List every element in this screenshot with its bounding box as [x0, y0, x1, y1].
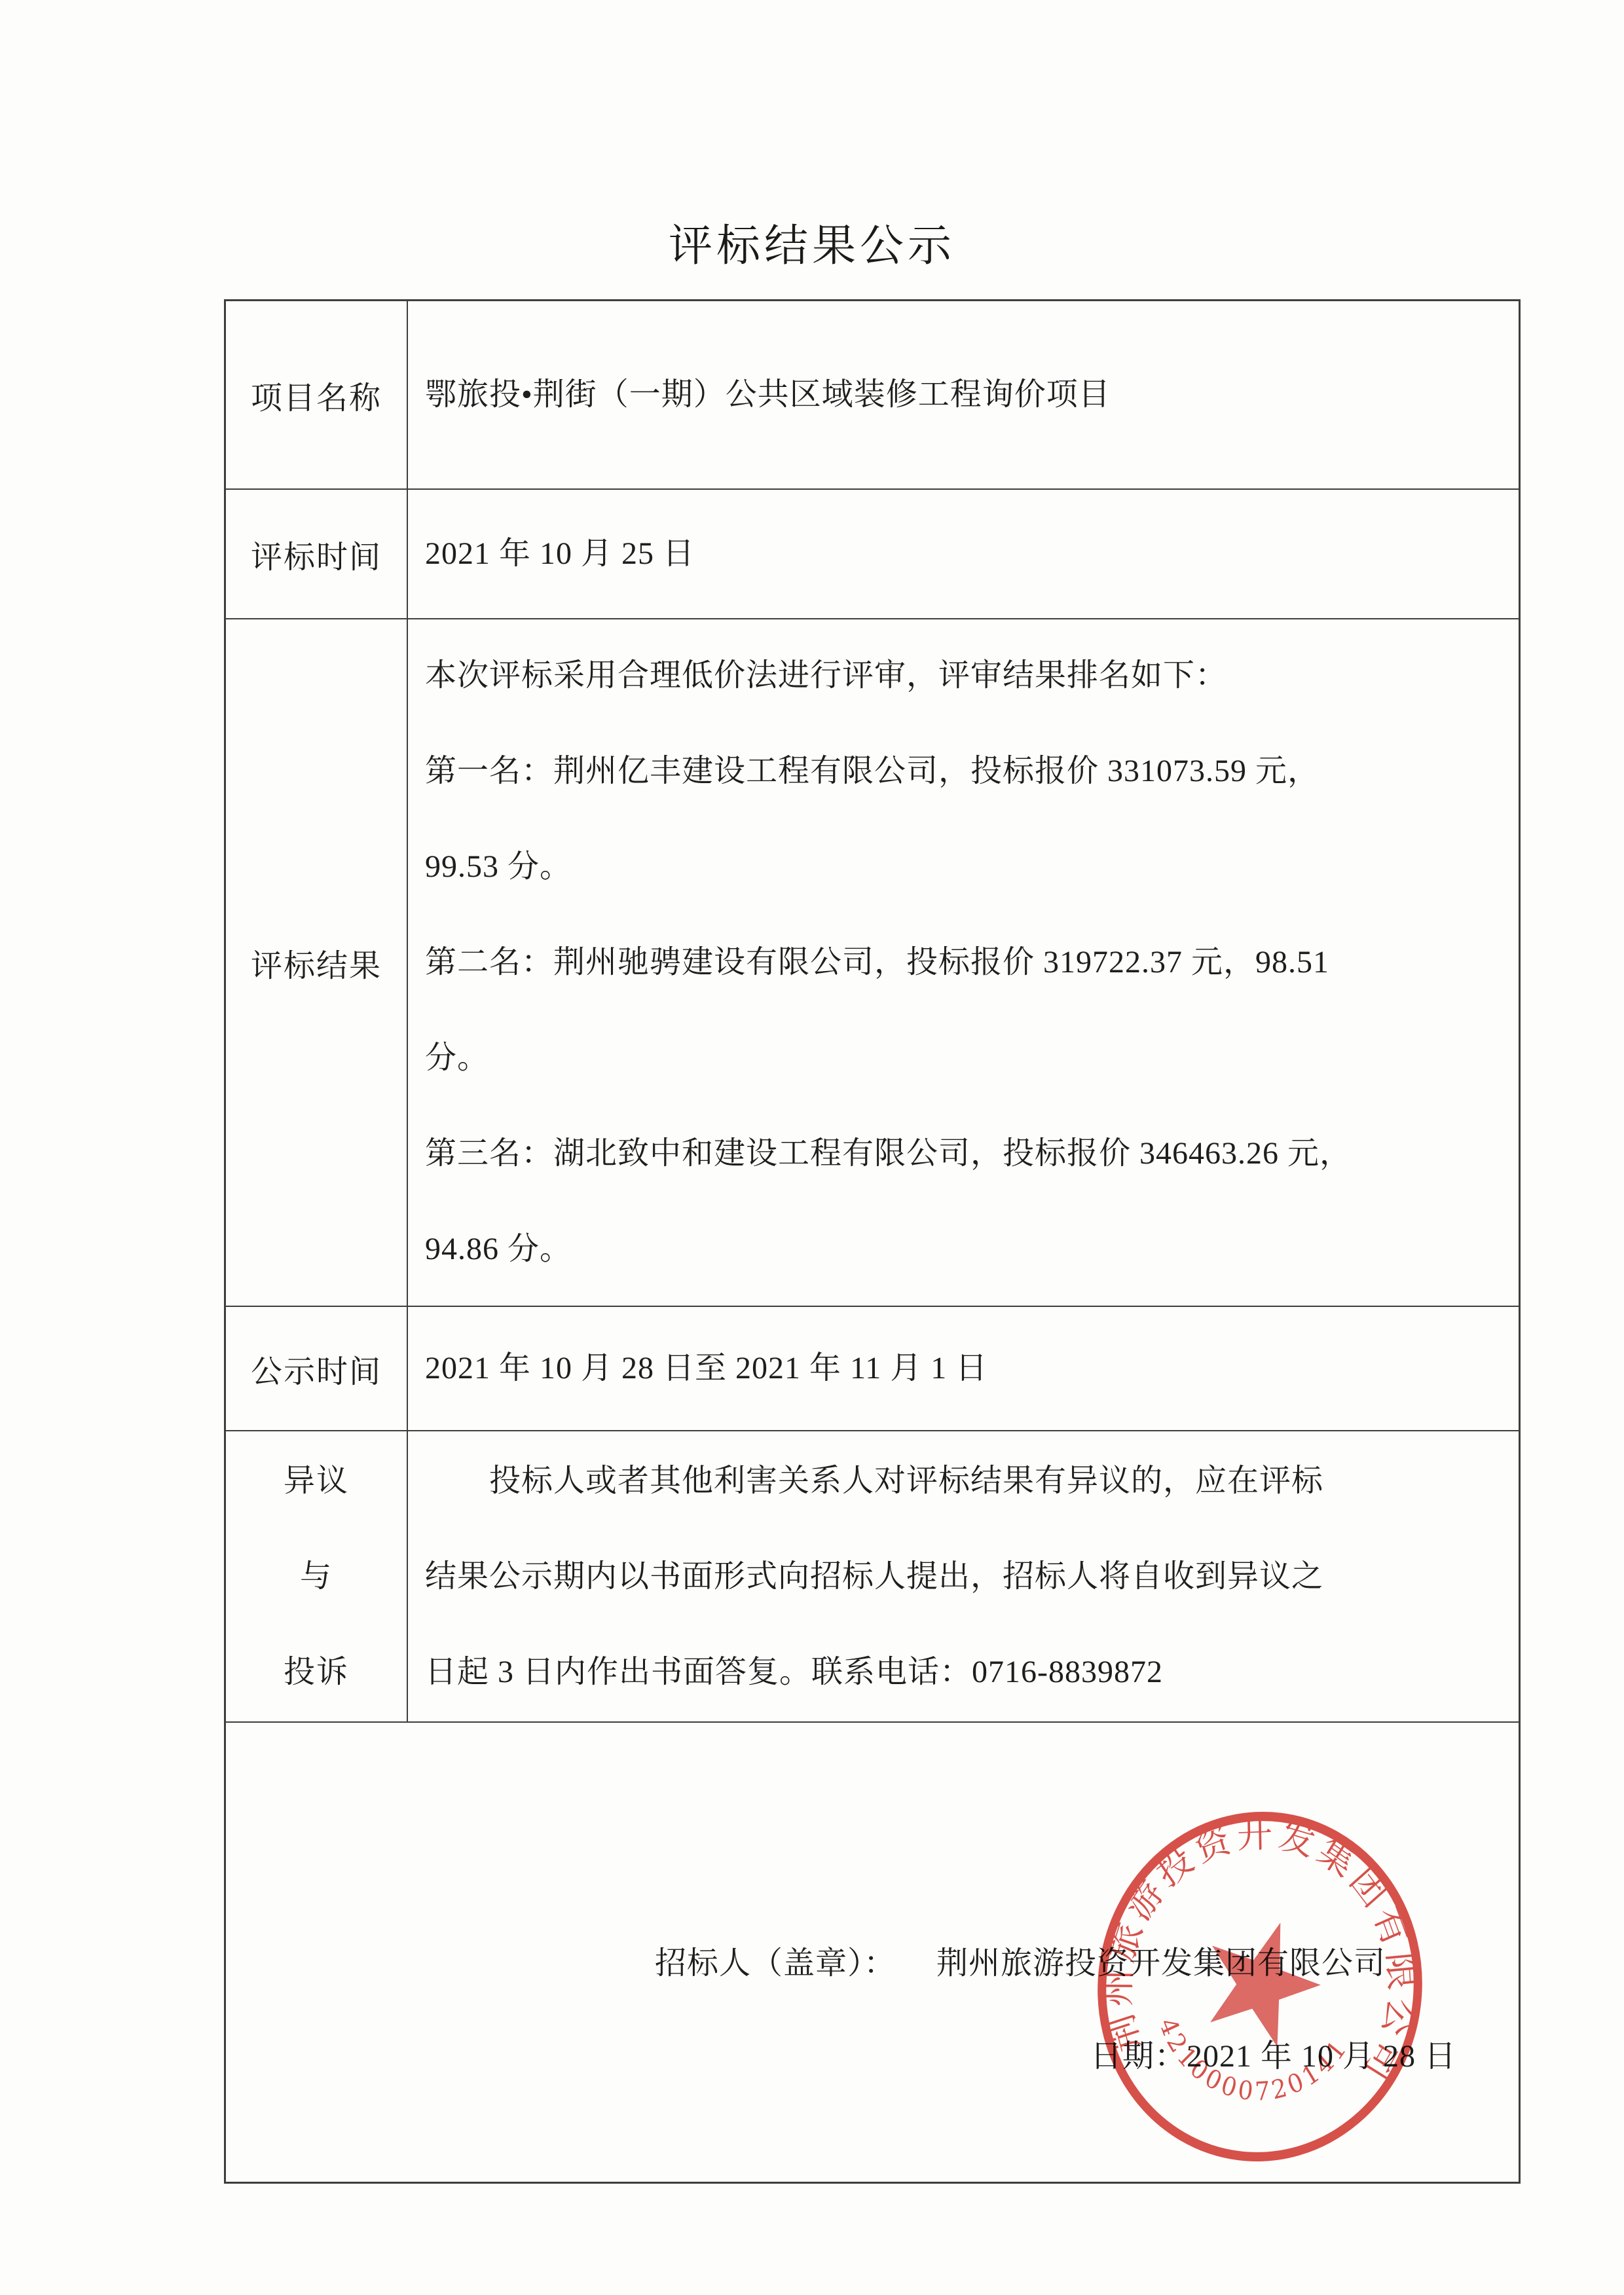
row-label-evaluation-date: 评标时间	[226, 490, 408, 618]
page-title: 评标结果公示	[0, 211, 1624, 274]
tenderer-company-name: 荆州旅游投资开发集团有限公司	[936, 1946, 1386, 1981]
result-line: 第二名：荆州驰骋建设有限公司，投标报价 319722.37 元，98.51	[425, 915, 1500, 1010]
result-line: 99.53 分。	[425, 819, 1500, 915]
result-line: 本次评标采用合理低价法进行评审，评审结果排名如下：	[425, 628, 1500, 724]
result-line: 分。	[425, 1010, 1500, 1106]
table-row-evaluation-result: 评标结果 本次评标采用合理低价法进行评审，评审结果排名如下： 第一名：荆州亿丰建…	[226, 619, 1519, 1307]
result-line: 第三名：湖北致中和建设工程有限公司，投标报价 346463.26 元，	[425, 1106, 1500, 1202]
row-content-project-name: 鄂旅投•荆街（一期）公共区域装修工程询价项目	[408, 301, 1519, 488]
objection-line: 日起 3 日内作出书面答复。联系电话：0716-8839872	[425, 1625, 1500, 1720]
result-line: 94.86 分。	[425, 1202, 1500, 1297]
row-label-project-name: 项目名称	[226, 301, 408, 488]
table-row-signature: 招标人（盖章）：荆州旅游投资开发集团有限公司 日期：2021 年 10 月 28…	[226, 1723, 1519, 2180]
project-name-value: 鄂旅投•荆街（一期）公共区域装修工程询价项目	[425, 347, 1500, 443]
objection-label-line: 投诉	[284, 1625, 349, 1720]
objection-line: 投标人或者其他利害关系人对评标结果有异议的，应在评标	[425, 1433, 1500, 1529]
signature-date: 日期：2021 年 10 月 28 日	[1090, 2030, 1456, 2076]
table-row-evaluation-date: 评标时间 2021 年 10 月 25 日	[226, 490, 1519, 619]
tenderer-sign-line: 招标人（盖章）：荆州旅游投资开发集团有限公司	[655, 1937, 1386, 1983]
row-label-objection: 异议 与 投诉	[226, 1431, 408, 1721]
row-content-evaluation-result: 本次评标采用合理低价法进行评审，评审结果排名如下： 第一名：荆州亿丰建设工程有限…	[408, 619, 1519, 1306]
publicity-period-value: 2021 年 10 月 28 日至 2021 年 11 月 1 日	[425, 1321, 1500, 1416]
evaluation-date-value: 2021 年 10 月 25 日	[425, 506, 1500, 602]
row-content-objection: 投标人或者其他利害关系人对评标结果有异议的，应在评标 结果公示期内以书面形式向招…	[408, 1431, 1519, 1721]
row-label-publicity-period: 公示时间	[226, 1307, 408, 1430]
table-row-objection: 异议 与 投诉 投标人或者其他利害关系人对评标结果有异议的，应在评标 结果公示期…	[226, 1431, 1519, 1723]
objection-label-line: 与	[300, 1529, 333, 1625]
row-content-evaluation-date: 2021 年 10 月 25 日	[408, 490, 1519, 618]
tenderer-seal-label: 招标人（盖章）：	[655, 1946, 896, 1981]
table-row-project-name: 项目名称 鄂旅投•荆街（一期）公共区域装修工程询价项目	[226, 301, 1519, 490]
objection-line: 结果公示期内以书面形式向招标人提出，招标人将自收到异议之	[425, 1529, 1500, 1625]
row-content-publicity-period: 2021 年 10 月 28 日至 2021 年 11 月 1 日	[408, 1307, 1519, 1430]
objection-label-line: 异议	[284, 1433, 349, 1529]
announcement-table: 项目名称 鄂旅投•荆街（一期）公共区域装修工程询价项目 评标时间 2021 年 …	[224, 299, 1521, 2184]
row-label-evaluation-result: 评标结果	[226, 619, 408, 1306]
table-row-publicity-period: 公示时间 2021 年 10 月 28 日至 2021 年 11 月 1 日	[226, 1307, 1519, 1431]
result-line: 第一名：荆州亿丰建设工程有限公司，投标报价 331073.59 元，	[425, 724, 1500, 819]
